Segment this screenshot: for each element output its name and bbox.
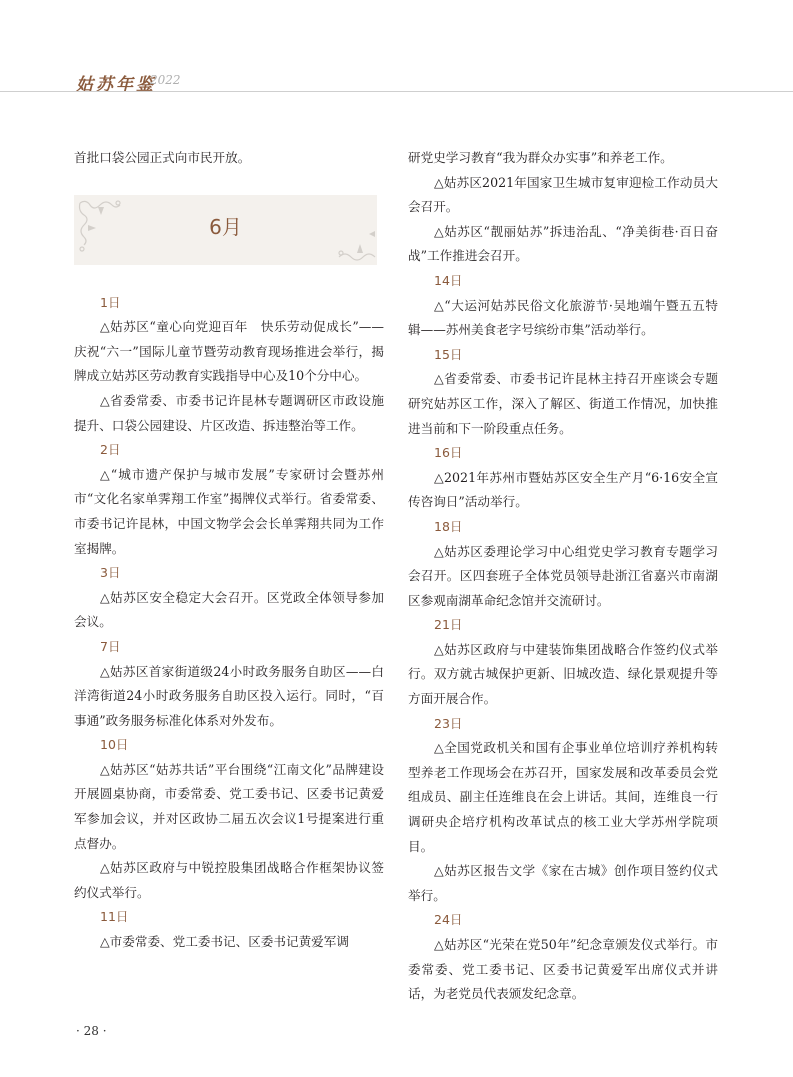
month-heading-box: 6月	[74, 195, 377, 265]
day-label: 14日	[408, 269, 718, 294]
right-column: 研党史学习教育“我为群众办实事”和养老工作。 △姑苏区2021年国家卫生城市复审…	[408, 146, 718, 1007]
day-entry: 10日 △姑苏区“姑苏共话”平台围绕“江南文化”品牌建设开展圆桌协商，市委常委、…	[74, 733, 384, 905]
day-entry: 23日 △全国党政机关和国有企事业单位培训疗养机构转型养老工作现场会在苏召开，国…	[408, 712, 718, 909]
entry-paragraph: △姑苏区“靓丽姑苏”拆违治乱、“净美街巷·百日奋战”工作推进会召开。	[408, 220, 718, 269]
entry-paragraph: △省委常委、市委书记许昆林专题调研区市政设施提升、口袋公园建设、片区改造、拆违整…	[74, 389, 384, 438]
day-entry: 21日 △姑苏区政府与中建装饰集团战略合作签约仪式举行。双方就古城保护更新、旧城…	[408, 613, 718, 711]
entry-paragraph: △姑苏区政府与中锐控股集团战略合作框架协议签约仪式举行。	[74, 856, 384, 905]
day-label: 3日	[74, 561, 384, 586]
entry-paragraph: △姑苏区“童心向党迎百年 快乐劳动促成长”——庆祝“六一”国际儿童节暨劳动教育现…	[74, 315, 384, 389]
day-entry: 3日 △姑苏区安全稳定大会召开。区党政全体领导参加会议。	[74, 561, 384, 635]
continuation-text: 研党史学习教育“我为群众办实事”和养老工作。	[408, 146, 718, 171]
day-label: 24日	[408, 908, 718, 933]
left-column: 首批口袋公园正式向市民开放。 6月	[74, 146, 384, 955]
entry-paragraph: △姑苏区2021年国家卫生城市复审迎检工作动员大会召开。	[408, 171, 718, 220]
entry-paragraph: △姑苏区报告文学《家在古城》创作项目签约仪式举行。	[408, 859, 718, 908]
entry-paragraph: △姑苏区政府与中建装饰集团战略合作签约仪式举行。双方就古城保护更新、旧城改造、绿…	[408, 638, 718, 712]
entry-paragraph: △姑苏区“姑苏共话”平台围绕“江南文化”品牌建设开展圆桌协商，市委常委、党工委书…	[74, 758, 384, 856]
day-entry: 14日 △“大运河姑苏民俗文化旅游节·吴地端午暨五五特辑——苏州美食老字号缤纷市…	[408, 269, 718, 343]
day-label: 11日	[74, 905, 384, 930]
month-title: 6月	[74, 215, 377, 240]
continuation-text: 首批口袋公园正式向市民开放。	[74, 146, 384, 171]
day-entry: 2日 △“城市遗产保护与城市发展”专家研讨会暨苏州市“文化名家单霁翔工作室”揭牌…	[74, 438, 384, 561]
day-entry: 18日 △姑苏区委理论学习中心组党史学习教育专题学习会召开。区四套班子全体党员领…	[408, 515, 718, 613]
day-label: 16日	[408, 441, 718, 466]
entry-paragraph: △市委常委、党工委书记、区委书记黄爱军调	[74, 930, 384, 955]
entry-paragraph: △姑苏区委理论学习中心组党史学习教育专题学习会召开。区四套班子全体党员领导赴浙江…	[408, 540, 718, 614]
running-header: 姑苏年鉴 2022	[0, 0, 793, 92]
day-entry: 11日 △市委常委、党工委书记、区委书记黄爱军调	[74, 905, 384, 954]
day-label: 7日	[74, 635, 384, 660]
day-label: 15日	[408, 343, 718, 368]
header-year: 2022	[150, 73, 181, 87]
day-entry: 24日 △姑苏区“光荣在党50年”纪念章颁发仪式举行。市委常委、党工委书记、区委…	[408, 908, 718, 1006]
entry-paragraph: △2021年苏州市暨姑苏区安全生产月“6·16安全宣传咨询日”活动举行。	[408, 466, 718, 515]
day-label: 10日	[74, 733, 384, 758]
day-entry: 16日 △2021年苏州市暨姑苏区安全生产月“6·16安全宣传咨询日”活动举行。	[408, 441, 718, 515]
entry-paragraph: △姑苏区安全稳定大会召开。区党政全体领导参加会议。	[74, 586, 384, 635]
entry-paragraph: △“城市遗产保护与城市发展”专家研讨会暨苏州市“文化名家单霁翔工作室”揭牌仪式举…	[74, 463, 384, 561]
entry-paragraph: △省委常委、市委书记许昆林主持召开座谈会专题研究姑苏区工作，深入了解区、街道工作…	[408, 367, 718, 441]
day-entry: 15日 △省委常委、市委书记许昆林主持召开座谈会专题研究姑苏区工作，深入了解区、…	[408, 343, 718, 441]
day-label: 18日	[408, 515, 718, 540]
day-label: 23日	[408, 712, 718, 737]
entry-paragraph: △“大运河姑苏民俗文化旅游节·吴地端午暨五五特辑——苏州美食老字号缤纷市集”活动…	[408, 294, 718, 343]
entry-paragraph: △姑苏区首家街道级24小时政务服务自助区——白洋湾街道24小时政务服务自助区投入…	[74, 660, 384, 734]
page-number: · 28 ·	[76, 1024, 107, 1038]
day-label: 2日	[74, 438, 384, 463]
day-label: 21日	[408, 613, 718, 638]
day-entry: 1日 △姑苏区“童心向党迎百年 快乐劳动促成长”——庆祝“六一”国际儿童节暨劳动…	[74, 291, 384, 439]
header-divider	[0, 91, 793, 92]
day-entry: 7日 △姑苏区首家街道级24小时政务服务自助区——白洋湾街道24小时政务服务自助…	[74, 635, 384, 733]
entry-paragraph: △全国党政机关和国有企事业单位培训疗养机构转型养老工作现场会在苏召开，国家发展和…	[408, 736, 718, 859]
entry-paragraph: △姑苏区“光荣在党50年”纪念章颁发仪式举行。市委常委、党工委书记、区委书记黄爱…	[408, 933, 718, 1007]
day-label: 1日	[74, 291, 384, 316]
